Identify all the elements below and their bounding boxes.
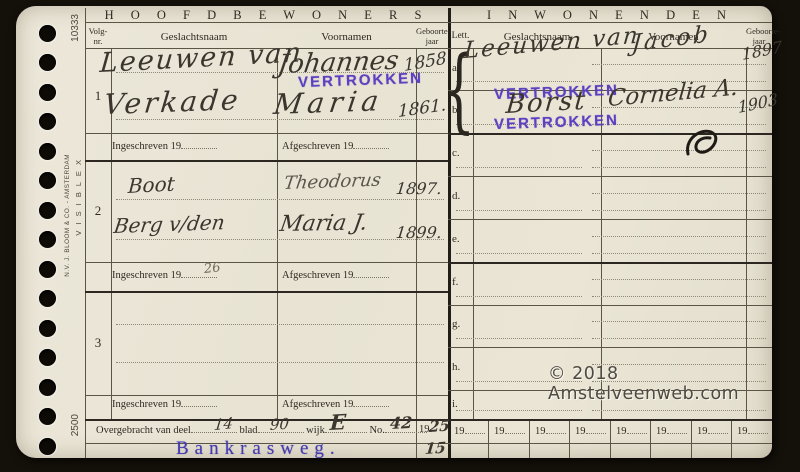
footer-year-cell: 19 xyxy=(737,424,768,437)
ingeschreven-label-3: Ingeschreven 19 xyxy=(112,397,217,410)
grid-line xyxy=(488,419,489,458)
footer-bottom-value: 15 xyxy=(424,438,447,458)
transfer-label-wijk: wijk xyxy=(306,425,325,436)
birthyear-entry: 1899. xyxy=(395,223,443,242)
grid-line xyxy=(448,347,772,348)
grid-line xyxy=(85,262,448,263)
punch-hole xyxy=(39,25,56,42)
grid-line xyxy=(610,419,611,458)
punch-hole xyxy=(39,349,56,366)
footer-year-cell: 19 xyxy=(494,424,525,437)
punch-hole xyxy=(39,202,56,219)
footer-year-cell: 19 xyxy=(697,424,728,437)
year-cell-text: 19 xyxy=(656,426,667,437)
writing-line xyxy=(592,64,766,65)
dotted-leader xyxy=(708,424,728,434)
letter-h: h. xyxy=(452,361,460,373)
column-header-geboortejaar-line1: Geboorte- xyxy=(416,26,450,36)
transfer-line: Overgebracht van deel blad wijk No. xyxy=(96,423,427,436)
dotted-leader xyxy=(181,397,217,407)
punch-hole xyxy=(39,290,56,307)
ingeschreven-text: Ingeschreven 19 xyxy=(112,270,181,281)
grid-line xyxy=(569,419,570,458)
footer-year-cell: 19 xyxy=(575,424,606,437)
writing-line xyxy=(592,236,766,237)
punch-hole xyxy=(39,438,56,455)
year-cell-text: 19 xyxy=(697,426,708,437)
section-title-hoofdbewoners: H O O F D B E W O N E R S xyxy=(85,8,448,23)
writing-line xyxy=(592,410,766,411)
row-number-3: 3 xyxy=(85,335,111,351)
grid-line xyxy=(85,133,448,134)
footer-year-cell: 19 xyxy=(616,424,647,437)
transfer-label-blad: blad xyxy=(239,425,257,436)
grid-line xyxy=(448,176,772,177)
surname-entry: Leeuwen van xyxy=(463,22,641,64)
firstnames-entry: Jacob xyxy=(631,21,712,57)
afgeschreven-label-3: Afgeschreven 19 xyxy=(282,397,389,410)
writing-line xyxy=(592,210,766,211)
footer-year-value: 25 xyxy=(428,416,450,436)
surname-entry: Berg v/den xyxy=(112,210,226,238)
ingeschreven-text: Ingeschreven 19 xyxy=(112,399,181,410)
punch-hole xyxy=(39,261,56,278)
writing-line xyxy=(116,324,444,325)
surname-entry: Verkade xyxy=(102,83,242,121)
printer-name-vertical: V I S I B L E X xyxy=(74,158,83,236)
punch-hole xyxy=(39,408,56,425)
serial-number-bottom: 2500 xyxy=(70,414,81,436)
writing-line xyxy=(592,279,766,280)
birthyear-entry: 1903 xyxy=(737,89,778,117)
writing-line xyxy=(116,362,444,363)
transfer-blad-value: 90 xyxy=(269,415,289,434)
dotted-leader xyxy=(353,139,389,149)
dotted-leader xyxy=(748,424,768,434)
row-number-2: 2 xyxy=(85,203,111,219)
ingeschreven-label-1: Ingeschreven 19 xyxy=(112,139,217,152)
street-name-stamp: Bankrasweg. xyxy=(176,438,341,460)
grid-line xyxy=(85,160,448,162)
grid-line xyxy=(691,419,692,458)
footer-year-cell: 19 xyxy=(535,424,566,437)
writing-line xyxy=(456,410,582,411)
letter-d: d. xyxy=(452,190,460,202)
letter-e: e. xyxy=(452,233,460,245)
year-cell-text: 19 xyxy=(454,426,465,437)
punch-hole xyxy=(39,143,56,160)
grid-line xyxy=(85,291,448,293)
column-header-volgnr-line2: nr. xyxy=(94,36,103,46)
writing-line xyxy=(116,199,444,200)
copyright-watermark: © 2018 Amstelveenweb.com xyxy=(548,364,772,404)
punch-hole xyxy=(39,54,56,71)
footer-year-cell: 19 xyxy=(454,424,485,437)
year-cell-text: 19 xyxy=(737,426,748,437)
transfer-no-value: 42 xyxy=(390,413,413,433)
dotted-leader xyxy=(667,424,687,434)
writing-line xyxy=(456,210,582,211)
footer-year-cell: 19 xyxy=(656,424,687,437)
year-cell-text: 19 xyxy=(494,426,505,437)
dotted-leader xyxy=(353,397,389,407)
punch-hole xyxy=(39,84,56,101)
printer-address-vertical: N.V. J. BLOOM & CO. - AMSTERDAM xyxy=(64,154,71,277)
dotted-leader xyxy=(181,139,217,149)
column-header-geboortejaar2-line1: Geboorte- xyxy=(746,26,780,36)
punch-hole xyxy=(39,231,56,248)
year-cell-text: 19 xyxy=(575,426,586,437)
letter-i: i. xyxy=(452,398,458,410)
transfer-wijk-value: E xyxy=(329,409,346,435)
firstnames-entry: Theodorus xyxy=(283,170,383,194)
ingeschreven-text: Ingeschreven 19 xyxy=(112,141,181,152)
column-header-volgnr-line1: Volg- xyxy=(89,26,108,36)
afgeschreven-text: Afgeschreven 19 xyxy=(282,270,353,281)
grid-line xyxy=(448,305,772,306)
dotted-leader xyxy=(627,424,647,434)
column-header-volgnr: Volg- nr. xyxy=(85,26,111,46)
writing-line xyxy=(592,167,766,168)
writing-line xyxy=(592,321,766,322)
registry-card: 10333 V I S I B L E X N.V. J. BLOOM & CO… xyxy=(16,6,772,458)
grid-line xyxy=(448,219,772,220)
letter-g: g. xyxy=(452,318,460,330)
grid-line xyxy=(85,8,86,458)
afgeschreven-label-1: Afgeschreven 19 xyxy=(282,139,389,152)
serial-number-top: 10333 xyxy=(70,14,81,42)
birthyear-entry: 1897. xyxy=(395,179,443,198)
dotted-leader xyxy=(546,424,566,434)
grid-line xyxy=(529,419,530,458)
dotted-leader xyxy=(586,424,606,434)
writing-line xyxy=(456,296,582,297)
transfer-label-no: No. xyxy=(369,425,384,436)
firstnames-entry: Maria xyxy=(272,84,386,121)
scan-background: 10333 V I S I B L E X N.V. J. BLOOM & CO… xyxy=(0,0,800,472)
grid-line xyxy=(448,262,772,264)
punch-hole xyxy=(39,172,56,189)
transfer-deel-value: 14 xyxy=(213,414,234,434)
grid-line xyxy=(731,419,732,458)
writing-line xyxy=(592,338,766,339)
afgeschreven-text: Afgeschreven 19 xyxy=(282,141,353,152)
ingeschreven-year-entry: 26 xyxy=(203,260,221,277)
writing-line xyxy=(592,296,766,297)
punch-hole xyxy=(39,379,56,396)
grid-line xyxy=(85,395,448,396)
ingeschreven-label-2: Ingeschreven 19 xyxy=(112,268,217,281)
ink-scribble xyxy=(680,124,726,164)
writing-line xyxy=(456,338,582,339)
writing-line xyxy=(456,167,582,168)
writing-line xyxy=(456,253,582,254)
letter-c: c. xyxy=(452,147,460,159)
punch-hole xyxy=(39,113,56,130)
punch-hole xyxy=(39,320,56,337)
year-cell-text: 19 xyxy=(616,426,627,437)
letter-f: f. xyxy=(452,276,458,288)
column-header-geboortejaar-line2: jaar xyxy=(426,36,439,46)
surname-entry: Boot xyxy=(127,171,175,198)
dotted-leader xyxy=(465,424,485,434)
firstnames-entry: Maria J. xyxy=(278,210,369,237)
writing-line xyxy=(592,193,766,194)
transfer-label-deel: Overgebracht van deel xyxy=(96,425,191,436)
grid-line xyxy=(650,419,651,458)
dotted-leader xyxy=(353,268,389,278)
afgeschreven-label-2: Afgeschreven 19 xyxy=(282,268,389,281)
writing-line xyxy=(592,253,766,254)
writing-line xyxy=(592,150,766,151)
dotted-leader xyxy=(505,424,525,434)
year-cell-text: 19 xyxy=(535,426,546,437)
section-title-inwonenden: I N W O N E N D E N xyxy=(448,8,772,23)
